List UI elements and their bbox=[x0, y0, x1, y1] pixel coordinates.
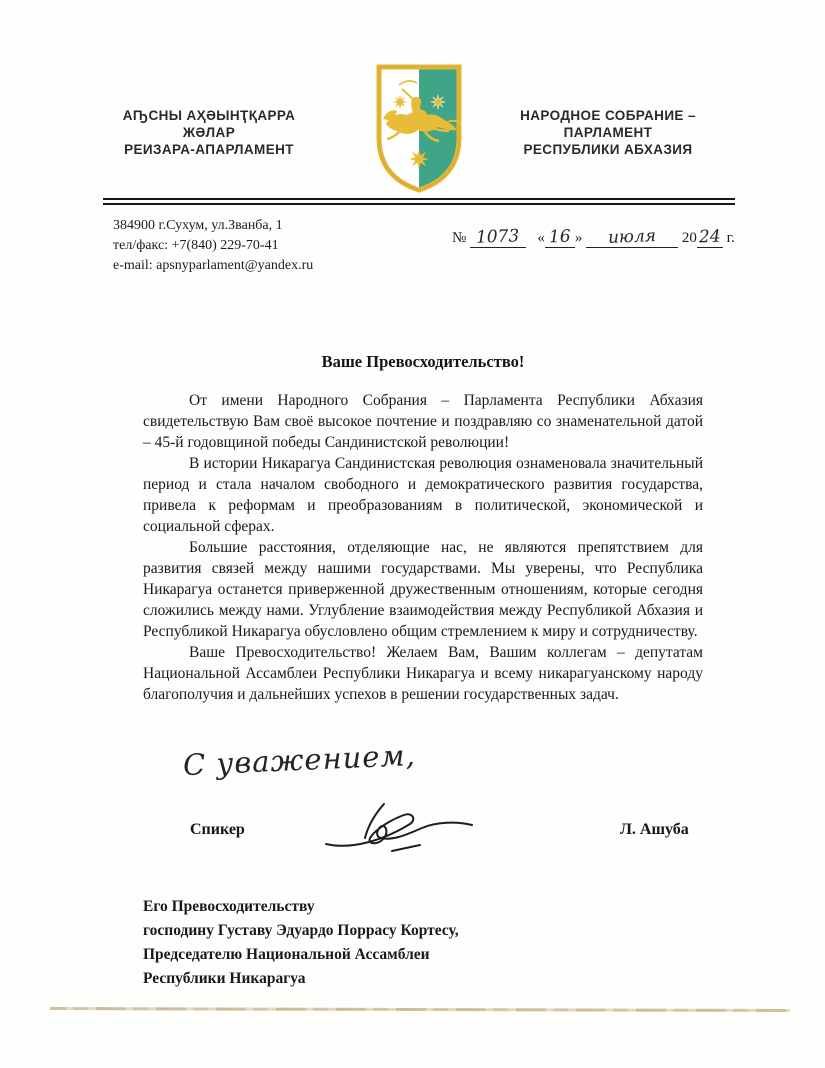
reference-line: № 1073 «16» июля 2024 г. bbox=[452, 227, 735, 248]
salutation-heading: Ваше Превосходительство! bbox=[143, 352, 703, 372]
scanned-letter-page: АҦСНЫ АҲӘЫНҬҚАРРА ЖӘЛАР РЕИЗАРА-АПАРЛАМЕ… bbox=[0, 0, 825, 1068]
contact-address: 384900 г.Сухум, ул.Званба, 1 bbox=[113, 216, 313, 236]
letterhead-abkhaz-line: ЖӘЛАР bbox=[92, 124, 326, 141]
letterhead-abkhaz-line: АҦСНЫ АҲӘЫНҬҚАРРА bbox=[92, 107, 326, 124]
addressee-line: Республики Никарагуа bbox=[143, 967, 459, 991]
ref-quote-open: « bbox=[537, 230, 545, 246]
signature-autograph-icon bbox=[322, 798, 478, 862]
scan-artifact-line bbox=[50, 1007, 790, 1012]
addressee-line: Председателю Национальной Ассамблеи bbox=[143, 943, 459, 967]
ref-number-blank: 1073 bbox=[470, 227, 526, 248]
letterhead-abkhaz-title: АҦСНЫ АҲӘЫНҬҚАРРА ЖӘЛАР РЕИЗАРА-АПАРЛАМЕ… bbox=[92, 107, 326, 158]
letterhead-russian-title: НАРОДНОЕ СОБРАНИЕ – ПАРЛАМЕНТ РЕСПУБЛИКИ… bbox=[486, 107, 730, 158]
ref-month-handwritten: июля bbox=[608, 226, 657, 248]
ref-day-handwritten: 16 bbox=[549, 227, 571, 248]
letter-body: От имени Народного Собрания – Парламента… bbox=[143, 390, 703, 705]
contact-phone: тел/факс: +7(840) 229-70-41 bbox=[113, 236, 313, 256]
body-paragraph: От имени Народного Собрания – Парламента… bbox=[143, 390, 703, 453]
signer-name: Л. Ашуба bbox=[620, 821, 689, 839]
letterhead-russian-line: ПАРЛАМЕНТ bbox=[486, 124, 730, 141]
abkhazia-coat-of-arms-icon bbox=[370, 61, 468, 197]
ref-number-handwritten: 1073 bbox=[476, 226, 520, 247]
ref-quote-close: » bbox=[575, 230, 583, 246]
letterhead-abkhaz-line: РЕИЗАРА-АПАРЛАМЕНТ bbox=[92, 141, 326, 158]
ref-year-printed: 20 bbox=[682, 230, 697, 246]
letterhead-russian-line: РЕСПУБЛИКИ АБХАЗИЯ bbox=[486, 141, 730, 158]
letterhead-divider-rule bbox=[103, 198, 735, 205]
letterhead-russian-line: НАРОДНОЕ СОБРАНИЕ – bbox=[486, 107, 730, 124]
ref-number-label: № bbox=[452, 230, 466, 246]
body-paragraph: Ваше Превосходительство! Желаем Вам, Ваш… bbox=[143, 642, 703, 705]
body-paragraph: Большие расстояния, отделяющие нас, не я… bbox=[143, 537, 703, 642]
addressee-block: Его Превосходительству господину Густаву… bbox=[143, 895, 459, 991]
closing-handwritten: С уважением, bbox=[182, 738, 416, 782]
body-paragraph: В истории Никарагуа Сандинистская револю… bbox=[143, 453, 703, 537]
ref-day-blank: 16 bbox=[545, 227, 575, 248]
addressee-line: Его Превосходительству bbox=[143, 895, 459, 919]
ref-year-handwritten: 24 bbox=[699, 227, 721, 248]
contact-email: e-mail: apsnyparlament@yandex.ru bbox=[113, 256, 313, 276]
signer-title: Спикер bbox=[190, 821, 245, 839]
ref-year-blank: 24 bbox=[697, 227, 723, 248]
addressee-line: господину Густаву Эдуардо Поррасу Кортес… bbox=[143, 919, 459, 943]
ref-year-suffix: г. bbox=[727, 230, 735, 246]
ref-month-blank: июля bbox=[586, 227, 678, 248]
contact-block: 384900 г.Сухум, ул.Званба, 1 тел/факс: +… bbox=[113, 216, 313, 276]
